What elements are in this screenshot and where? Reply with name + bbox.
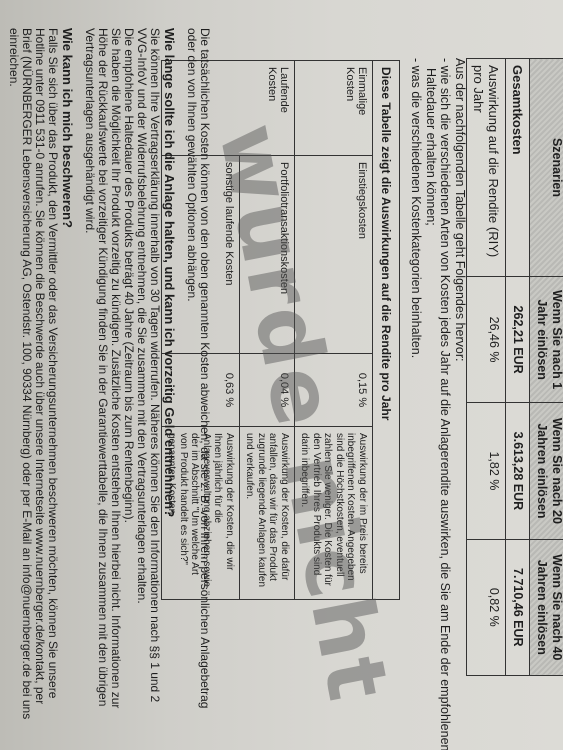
- paragraph-line: Sie haben die Möglichkeit Ihr Produkt vo…: [109, 28, 122, 748]
- paragraph-line: Vertragsunterlagen ausgehändigt wird.: [83, 28, 96, 748]
- cell-value: 7.710,46 EUR: [506, 539, 530, 675]
- cost-category: Einmalige Kosten: [295, 61, 373, 156]
- paragraph-line: VVG-InfoV und der Widerrufsbelehrung ent…: [135, 28, 148, 748]
- cost-percent: 0,15 %: [295, 354, 373, 427]
- intro-line: Aus der nachfolgenden Tabelle geht Folge…: [453, 58, 468, 698]
- document-page: Szenarien Wenn Sie nach 1 Jahr einlösen …: [0, 0, 563, 750]
- paragraph-line: Sie können Ihre Vertragserklärung innerh…: [148, 28, 161, 748]
- section-heading-holding: Wie lange sollte ich die Anlage halten, …: [163, 28, 176, 748]
- row-label: Gesamtkosten: [506, 59, 530, 277]
- cost-percent: 0,04 %: [240, 354, 295, 427]
- cost-type: Portfoliotransaktionskosten: [240, 156, 295, 354]
- table-row: Laufende Kosten Portfoliotransaktionskos…: [240, 61, 295, 600]
- paragraph-line: Falls Sie sich über das Produkt, den Ver…: [46, 28, 59, 748]
- cell-value: 3.613,28 EUR: [506, 403, 530, 539]
- cell-value: 1,82 %: [467, 403, 506, 539]
- intro-line: - was die verschiedenen Kostenkategorien…: [409, 58, 424, 698]
- intro-line: Haltedauer erhalten können;: [424, 58, 439, 698]
- note-line: oder den von Ihnen gewählten Optionen ab…: [185, 28, 198, 748]
- table-row: Auswirkung auf die Rendite (RIY) pro Jah…: [467, 59, 506, 676]
- paragraph-line: einreichen.: [7, 28, 20, 748]
- body-text: Die tatsächlichen Kosten können von den …: [0, 28, 211, 748]
- col-1-year: Wenn Sie nach 1 Jahr einlösen: [530, 277, 563, 403]
- section-heading-complaints: Wie kann ich mich beschweren?: [61, 28, 74, 748]
- paragraph-line: Brief (NÜRNBERGER Lebensversicherung AG,…: [20, 28, 33, 748]
- table-row: Einmalige Kosten Einstiegskosten 0,15 % …: [295, 61, 373, 600]
- cut-header: Szenarien: [530, 59, 563, 277]
- cell-value: 0,82 %: [467, 539, 506, 675]
- cell-value: 26,46 %: [467, 277, 506, 403]
- table-row: Gesamtkosten 262,21 EUR 3.613,28 EUR 7.7…: [506, 59, 530, 676]
- note-line: Die tatsächlichen Kosten können von den …: [198, 28, 211, 748]
- cost-over-time-table: Szenarien Wenn Sie nach 1 Jahr einlösen …: [466, 58, 563, 676]
- cost-type: Einstiegskosten: [295, 156, 373, 354]
- col-40-years: Wenn Sie nach 40 Jahren einlösen: [530, 539, 563, 675]
- cell-value: 262,21 EUR: [506, 277, 530, 403]
- intro-line: - wie sich die verschiedenen Arten von K…: [438, 58, 453, 698]
- impact-table-title: Diese Tabelle zeigt die Auswirkungen auf…: [373, 61, 400, 600]
- paragraph-line: Höhe der Rückkaufswerte bei vorzeitiger …: [96, 28, 109, 748]
- cost-description: Auswirkung der im Preis bereits inbegrif…: [295, 427, 373, 600]
- row-label: Auswirkung auf die Rendite (RIY) pro Jah…: [467, 59, 506, 277]
- intro-text: Aus der nachfolgenden Tabelle geht Folge…: [409, 58, 467, 698]
- paragraph-line: Hotline unter 0911 531-0 anrufen. Sie kö…: [33, 28, 46, 748]
- col-20-years: Wenn Sie nach 20 Jahren einlösen: [530, 403, 563, 539]
- cost-description: Auswirkung der Kosten, die dafür anfalle…: [240, 427, 295, 600]
- paragraph-line: Die empfohlene Haltedauer des Produkts b…: [122, 28, 135, 748]
